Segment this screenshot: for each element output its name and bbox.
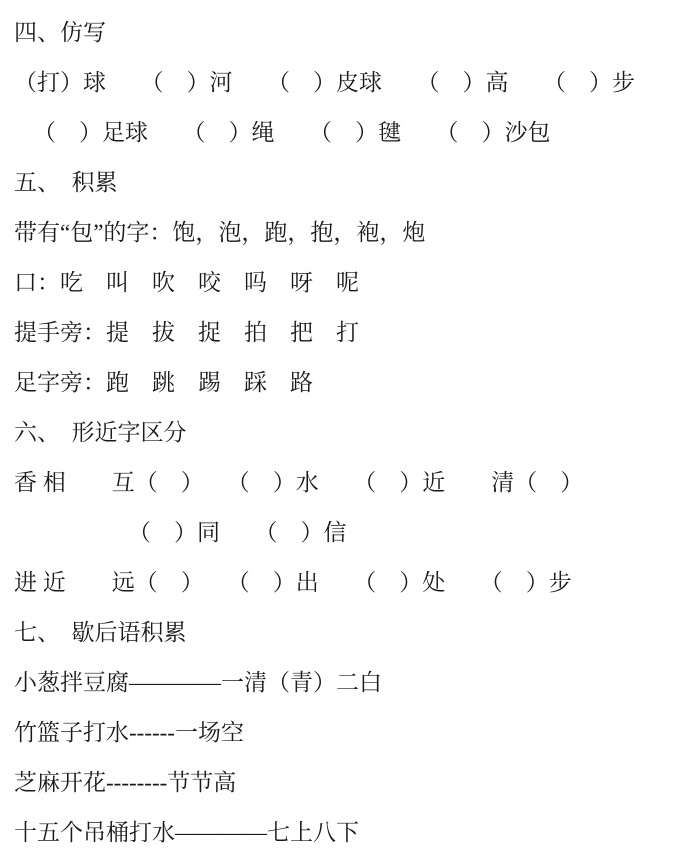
section-four-heading: 四、仿写 bbox=[14, 8, 688, 58]
similar-characters-row-3: 进 近 远（ ） （ ）出 （ ）处 （ ）步 bbox=[14, 558, 688, 608]
hand-radical-line: 提手旁：提 拔 捉 拍 把 打 bbox=[14, 308, 688, 358]
section-seven-heading: 七、 歇后语积累 bbox=[14, 608, 688, 658]
xiehouyu-row-4: 十五个吊桶打水————七上八下 bbox=[14, 808, 688, 858]
bao-family-characters-line: 带有“包”的字：饱，泡，跑，抱，袍，炮 bbox=[14, 208, 688, 258]
section-four-row-2: （ ）足球 （ ）绳 （ ）毽 （ ）沙包 bbox=[14, 108, 688, 158]
xiehouyu-row-2: 竹篮子打水------一场空 bbox=[14, 708, 688, 758]
mouth-radical-line: 口：吃 叫 吹 咬 吗 呀 呢 bbox=[14, 258, 688, 308]
foot-radical-line: 足字旁：跑 跳 踢 踩 路 bbox=[14, 358, 688, 408]
section-five-heading: 五、 积累 bbox=[14, 158, 688, 208]
xiehouyu-row-3: 芝麻开花--------节节高 bbox=[14, 758, 688, 808]
worksheet-page: 四、仿写 （打）球 （ ）河 （ ）皮球 （ ）高 （ ）步 （ ）足球 （ ）… bbox=[0, 0, 698, 860]
section-six-heading: 六、 形近字区分 bbox=[14, 408, 688, 458]
similar-characters-row-1: 香 相 互（ ） （ ）水 （ ）近 清（ ） bbox=[14, 458, 688, 508]
similar-characters-row-2: （ ）同 （ ）信 bbox=[14, 508, 688, 558]
section-four-row-1: （打）球 （ ）河 （ ）皮球 （ ）高 （ ）步 bbox=[14, 58, 688, 108]
xiehouyu-row-1: 小葱拌豆腐————一清（青）二白 bbox=[14, 658, 688, 708]
